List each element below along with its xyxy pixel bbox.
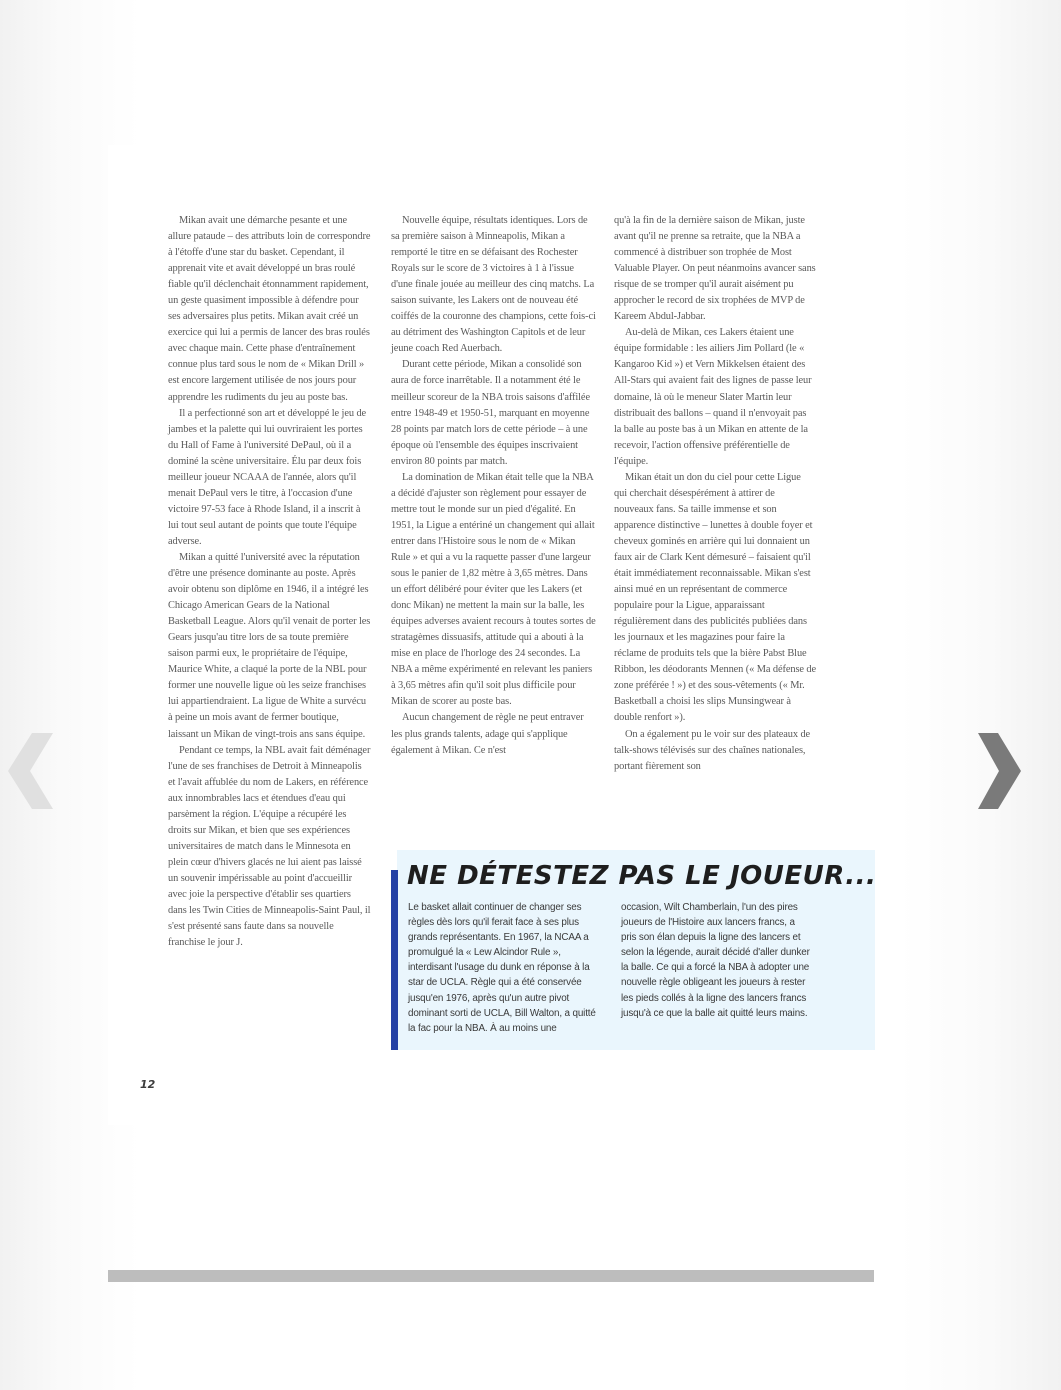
article-paragraph: Il a perfectionné son art et développé l… [168,406,371,550]
next-page-button[interactable] [976,733,1026,809]
article-paragraph: Nouvelle équipe, résultats identiques. L… [391,213,596,357]
article-paragraph: Aucun changement de règle ne peut entrav… [391,710,596,758]
sidebar-column-2: occasion, Wilt Chamberlain, l'un des pir… [621,900,811,1021]
article-column-2: Nouvelle équipe, résultats identiques. L… [391,213,596,759]
article-paragraph: Durant cette période, Mikan a consolidé … [391,357,596,469]
sidebar-accent-bar [391,870,398,1050]
chevron-left-icon [8,733,58,809]
article-paragraph: Mikan a quitté l'université avec la répu… [168,550,371,743]
article-paragraph: Pendant ce temps, la NBL avait fait démé… [168,743,371,952]
sidebar-column-1: Le basket allait continuer de changer se… [408,900,598,1036]
article-paragraph: Au-delà de Mikan, ces Lakers étaient une… [614,325,816,469]
article-paragraph: Mikan était un don du ciel pour cette Li… [614,470,816,727]
article-column-1: Mikan avait une démarche pesante et une … [168,213,371,951]
chevron-right-icon [976,733,1026,809]
article-column-3: qu'à la fin de la dernière saison de Mik… [614,213,816,775]
page-number: 12 [140,1078,155,1091]
article-paragraph: La domination de Mikan était telle que l… [391,470,596,711]
horizontal-scrollbar[interactable] [108,1270,874,1282]
sidebar-title: NE DÉTESTEZ PAS LE JOUEUR... [407,858,876,894]
previous-page-button[interactable] [8,733,58,809]
article-paragraph: Mikan avait une démarche pesante et une … [168,213,371,406]
article-paragraph: On a également pu le voir sur des platea… [614,727,816,775]
article-paragraph: qu'à la fin de la dernière saison de Mik… [614,213,816,325]
